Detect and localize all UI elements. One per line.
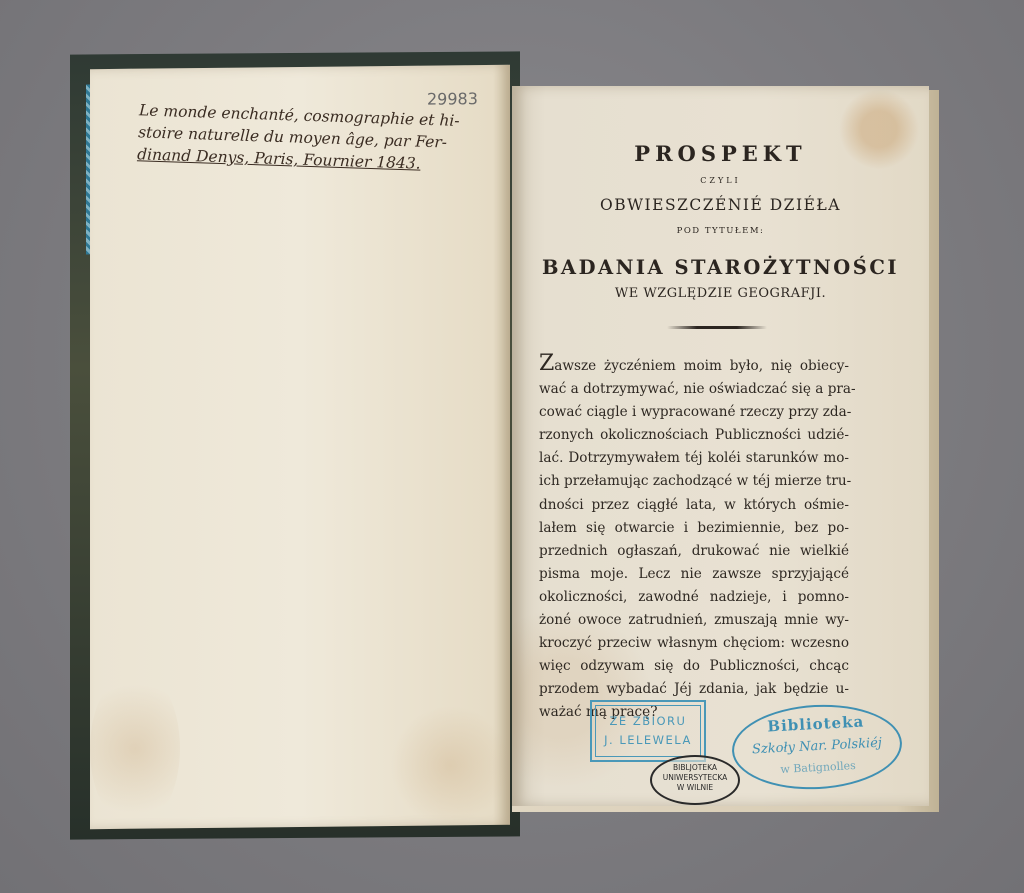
body-line: Zawsze życzéniem moim było, nię obiecy-: [539, 352, 849, 378]
drop-cap: Z: [539, 351, 554, 376]
body-line: kroczyć przeciw własnym chęciom: wczesno: [539, 632, 849, 655]
title-czyli: CZYLI: [512, 176, 929, 185]
body-line: lałem się otwarcie i bezimiennie, bez po…: [539, 517, 849, 540]
left-page: 29983 Le monde enchanté, cosmographie et…: [90, 65, 510, 829]
title-pod-tytulem: POD TYTUŁEM:: [512, 226, 929, 236]
body-line: pisma moje. Lecz nie zawsze sprzyjającé: [539, 563, 849, 586]
shelfmark-number: 29983: [427, 89, 478, 109]
stamp-wilno-university: BIBLJOTEKA UNIWERSYTECKA W WILNIE: [650, 755, 740, 805]
body-line: przednich ogłaszań, drukować nie wielkié: [539, 540, 849, 563]
body-line: wać a dotrzymywać, nie oświadczać się a …: [539, 378, 849, 401]
body-line: rzonych okolicznościach Publiczności udz…: [539, 424, 849, 447]
page-title: PROSPEKT: [512, 141, 929, 166]
paper-stain: [90, 668, 180, 829]
stamp-text: J. LELEWELA: [592, 731, 704, 750]
body-line: ich przełamując zachodzącé w téj mierze …: [539, 470, 849, 493]
stamp-text: UNIWERSYTECKA: [652, 773, 738, 783]
main-title: BADANIA STAROŻYTNOŚCI: [512, 256, 929, 279]
body-line: przodem wybadać Jéj zdania, jak będzie u…: [539, 678, 849, 701]
paper-stain: [390, 705, 510, 826]
body-line: żoné owoce zatrudnień, zmuszają mnie wy-: [539, 609, 849, 632]
body-line-text: awsze życzéniem moim było, nię obiecy-: [554, 358, 849, 374]
body-paragraph: Zawsze życzéniem moim było, nię obiecy- …: [539, 352, 849, 725]
body-line: dności przez ciągłé lata, w których ośmi…: [539, 494, 849, 517]
handwritten-note: Le monde enchanté, cosmographie et hi- s…: [137, 99, 480, 176]
stamp-lelewel: ZE ZBIORU J. LELEWELA: [590, 700, 706, 762]
right-page: PROSPEKT CZYLI OBWIESZCZÉNIÉ DZIÉŁA POD …: [512, 86, 929, 806]
title-subtitle: OBWIESZCZÉNIÉ DZIÉŁA: [512, 196, 929, 214]
stamp-text: Szkoły Nar. Polskiéj: [734, 735, 901, 759]
decorative-rule: [667, 326, 767, 329]
stamp-text: ZE ZBIORU: [592, 712, 704, 731]
body-line: lać. Dotrzymywałem téj koléi starunków m…: [539, 447, 849, 470]
stamp-text: W WILNIE: [652, 783, 738, 793]
main-subtitle: WE WZGLĘDZIE GEOGRAFJI.: [512, 286, 929, 301]
body-line: okoliczności, zawodné nadzieje, i pomno-: [539, 586, 849, 609]
body-line: więc odzywam się do Publiczności, chcąc: [539, 655, 849, 678]
body-line: cować ciągle i wypracowané rzeczy przy z…: [539, 401, 849, 424]
stamp-text: BIBLJOTEKA: [652, 763, 738, 773]
